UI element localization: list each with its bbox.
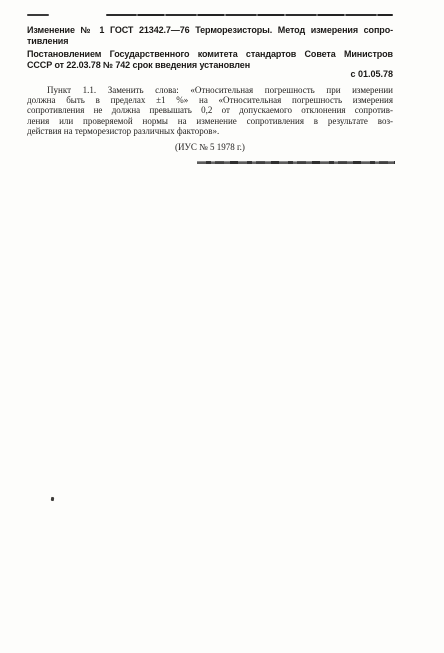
body-paragraph-line-2: должна быть в пределах ±1 %» на «Относит… (27, 95, 393, 105)
scan-speck (51, 497, 55, 501)
decree-line-1: Постановлением Государственного комитета… (27, 49, 393, 60)
body-paragraph-line-1: Пункт 1.1. Заменить слова: «Относительна… (27, 85, 393, 95)
body-paragraph-line-5: действия на терморезистор различных факт… (27, 126, 393, 136)
top-rule-long (106, 14, 393, 16)
bottom-rule (197, 161, 395, 164)
amendment-title-line-2: тивления (27, 36, 393, 47)
document-page: Изменение № 1 ГОСТ 21342.7—76 Терморезис… (0, 0, 444, 653)
effective-date: с 01.05.78 (200, 69, 393, 79)
body-paragraph-line-3: сопротивления не должна превышать 0,2 от… (27, 105, 393, 115)
body-paragraph: Пункт 1.1. Заменить слова: «Относительна… (27, 85, 393, 136)
top-rule-short (27, 14, 49, 16)
decree-paragraph: Постановлением Государственного комитета… (27, 49, 393, 71)
amendment-title: Изменение № 1 ГОСТ 21342.7—76 Терморезис… (27, 25, 393, 47)
amendment-title-line-1: Изменение № 1 ГОСТ 21342.7—76 Терморезис… (27, 25, 393, 36)
source-reference: (ИУС № 5 1978 г.) (27, 142, 393, 152)
body-paragraph-line-4: ления или проверяемой нормы на изменение… (27, 116, 393, 126)
